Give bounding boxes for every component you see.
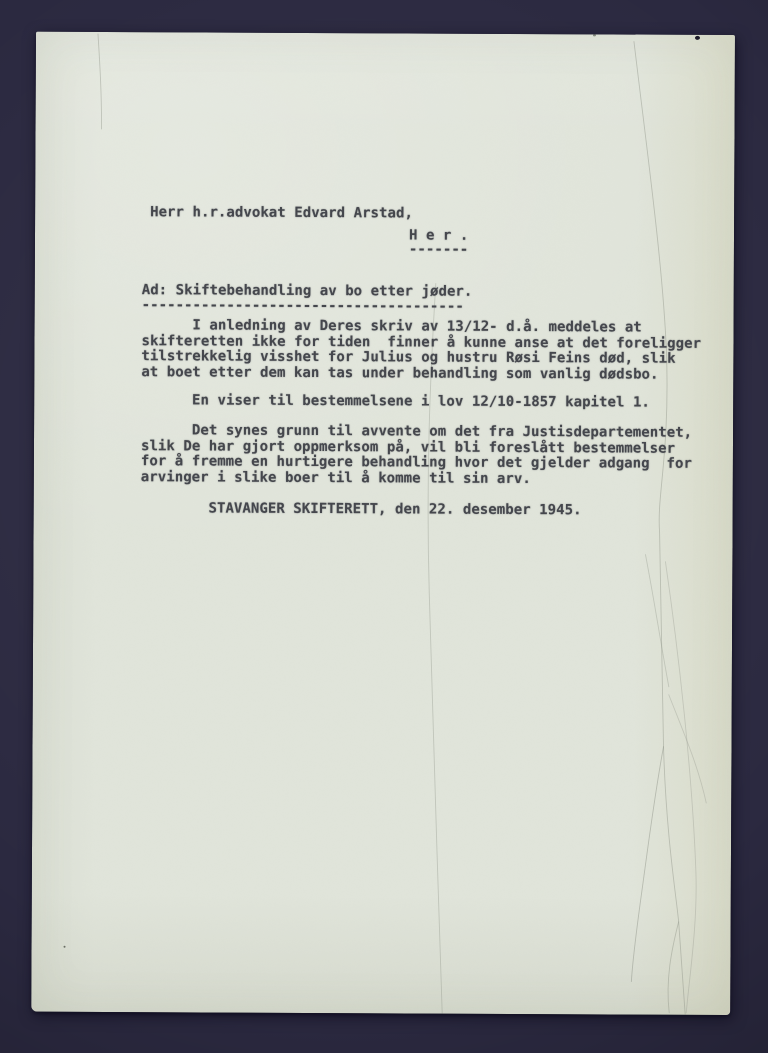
subject-block: Ad: Skiftebehandling av bo etter jøder. … [142, 283, 473, 315]
recipient-line: Herr h.r.advokat Edvard Arstad, [150, 205, 413, 222]
letter-page: Herr h.r.advokat Edvard Arstad, H e r . … [31, 32, 735, 1015]
place-underline: ------- [409, 241, 468, 257]
scanned-letter-background: { "letter": { "recipient": "Herr h.r.adv… [0, 0, 768, 1053]
paragraph-1: I anledning av Deres skriv av 13/12- d.å… [141, 318, 701, 383]
letter-body: Herr h.r.advokat Edvard Arstad, H e r . … [31, 32, 735, 1015]
subject-underline: -------------------------------------- [142, 297, 464, 315]
place-block: H e r . ------- [409, 228, 468, 256]
reference-line: En viser til bestemmelsene i lov 12/10-1… [141, 393, 650, 411]
signature-line: STAVANGER SKIFTERETT, den 22. desember 1… [141, 501, 582, 519]
paragraph-2: Det synes grunn til avvente om det fra J… [141, 423, 692, 488]
